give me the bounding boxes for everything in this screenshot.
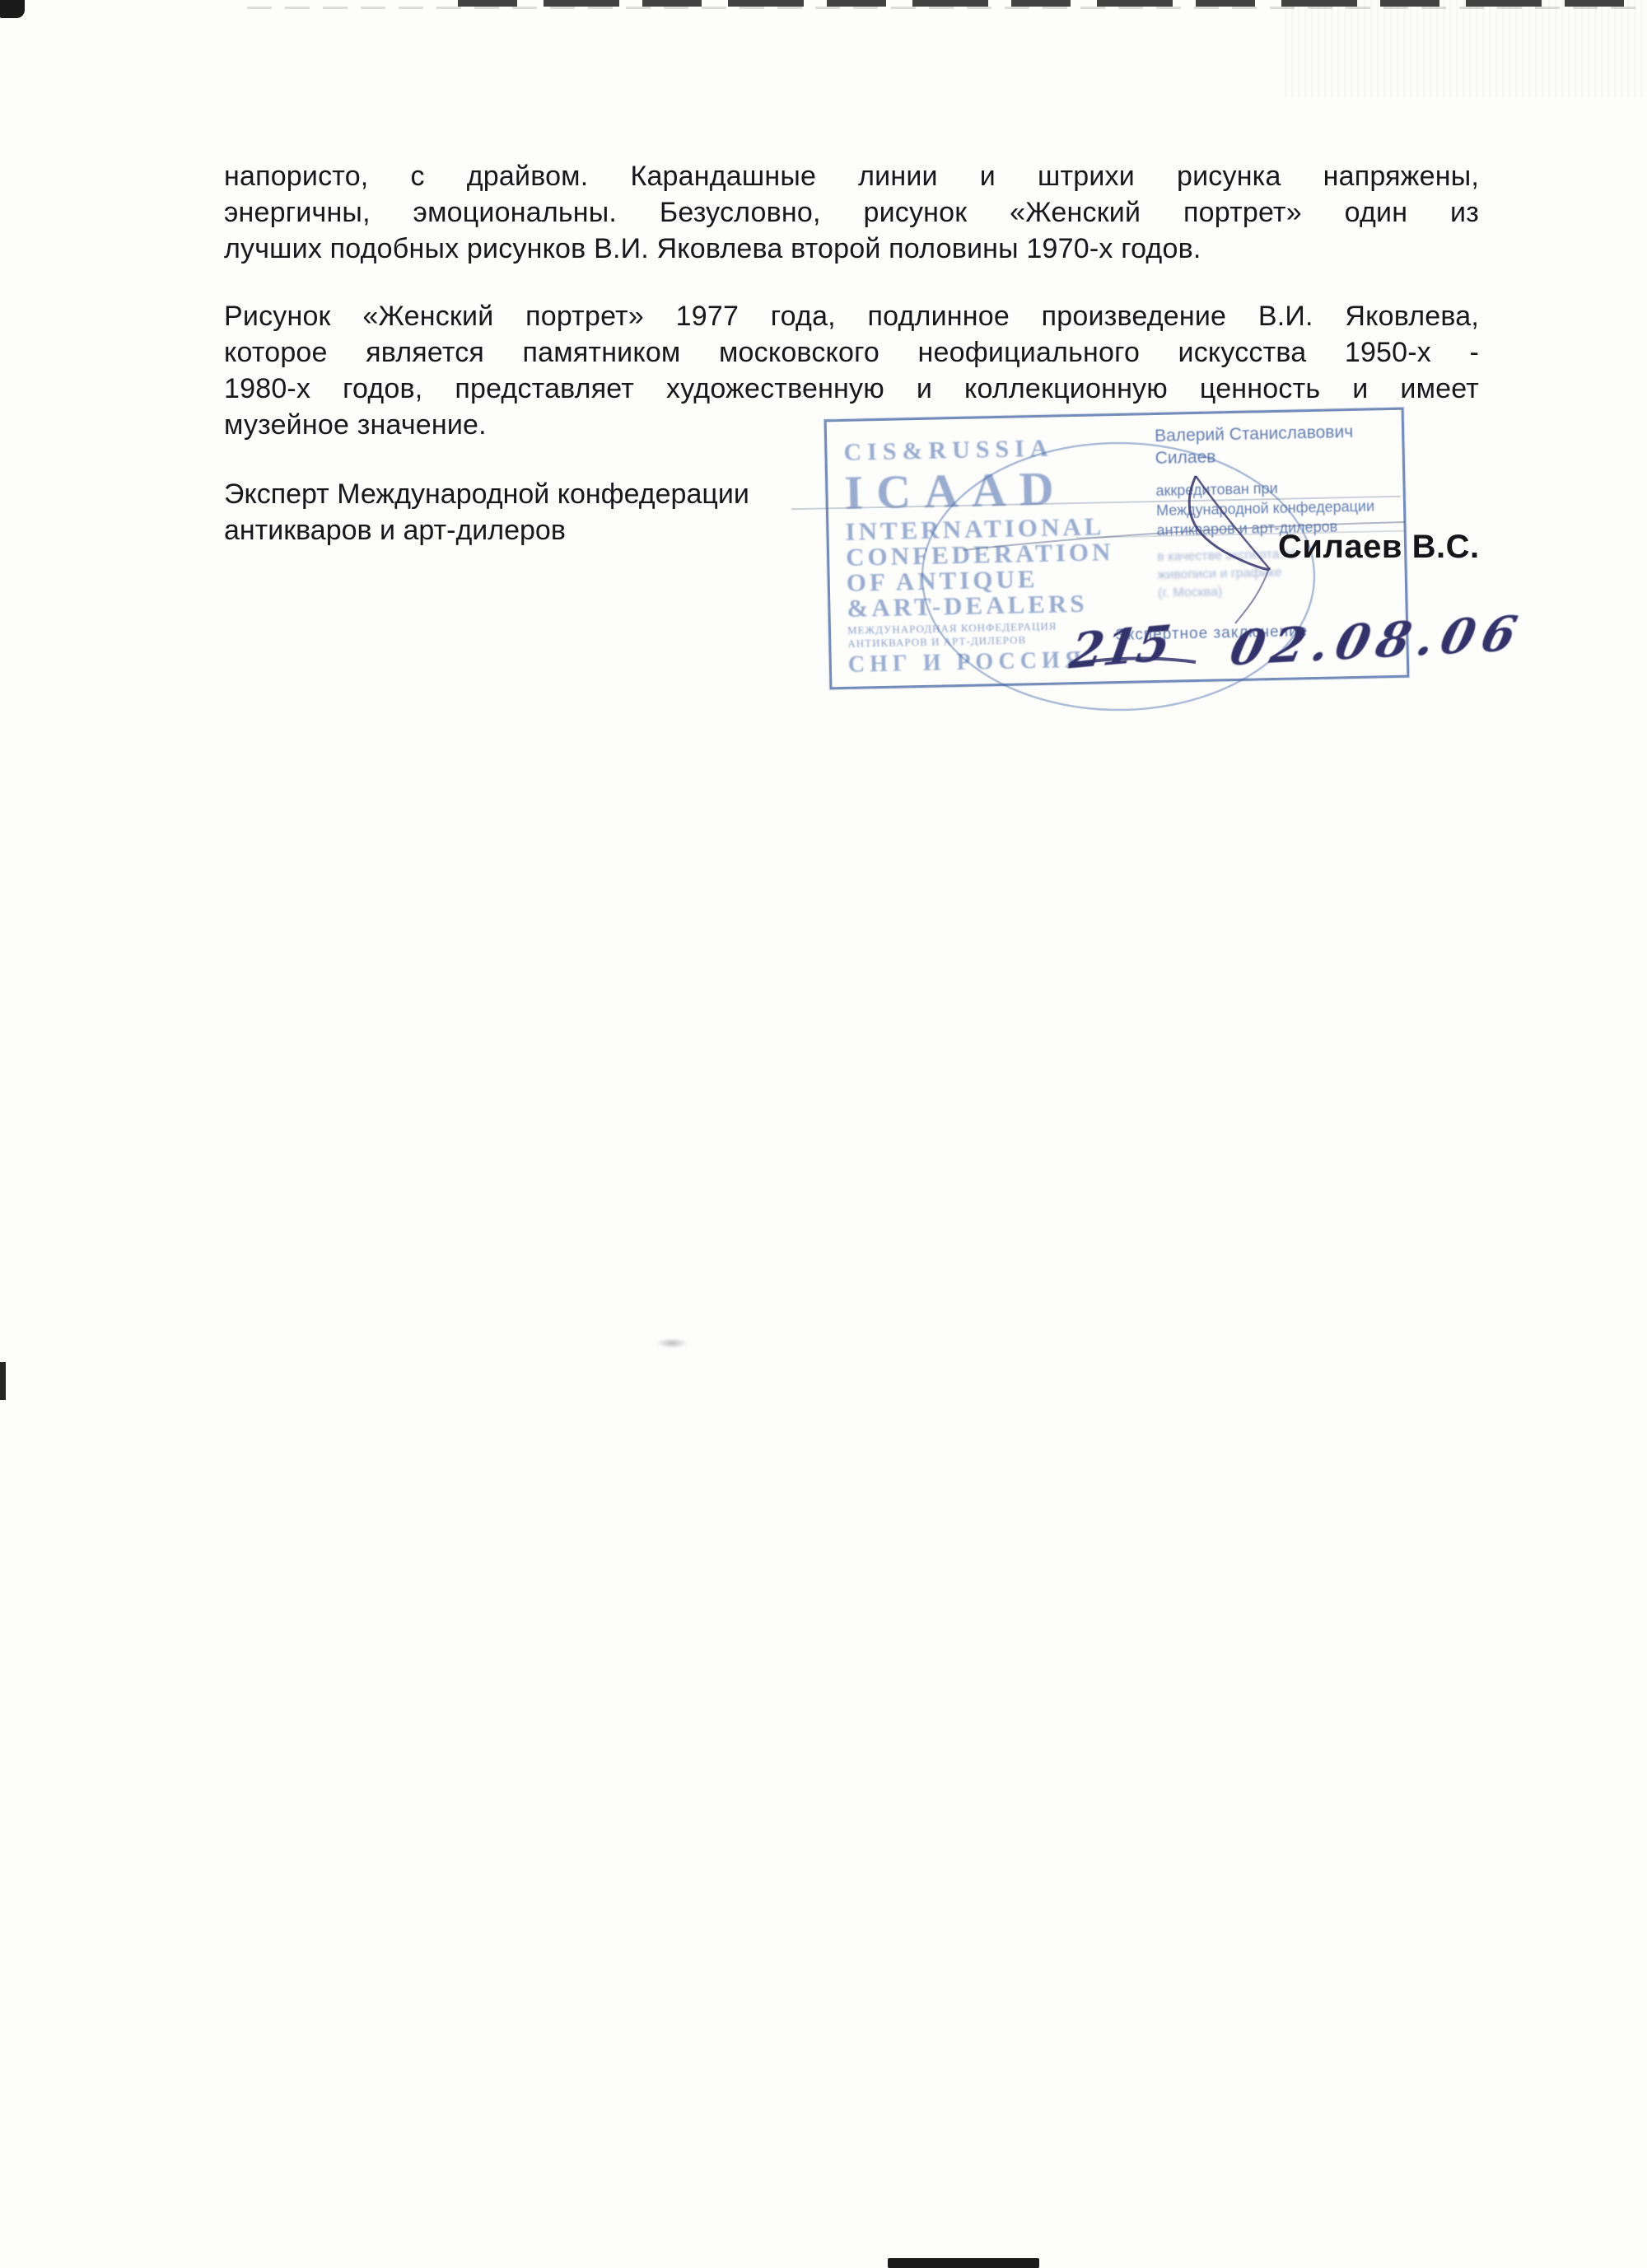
paragraph-1: напористо, с драйвом. Карандашные линии … [224,158,1479,267]
document-page: напористо, с драйвом. Карандашные линии … [0,0,1647,2268]
stamp-left-line: ICAAD [844,461,1145,519]
handwritten-number: 215 [1066,614,1175,680]
scan-artifact-smudge [649,1336,695,1351]
expert-name: Силаев В.С. [1278,529,1480,566]
paragraph-1-line: лучших подобных рисунков В.И. Яковлева в… [224,231,1479,267]
scan-artifact-corner [0,0,25,18]
scan-artifact-topright-noise [1285,0,1647,97]
scan-artifact-bottom-bar [888,2258,1039,2268]
expert-title-line2: антикваров и арт-дилеров [224,512,866,548]
expert-title: Эксперт Международной конфедерации антик… [224,476,866,548]
paragraph-2-line: которое является памятником московского … [224,334,1479,371]
paragraph-1-line: напористо, с драйвом. Карандашные линии … [224,158,1479,194]
paragraph-1-line: энергичны, эмоциональны. Безусловно, рис… [224,194,1479,231]
stamp-left-line: &ART-DEALERS [847,589,1148,621]
scan-artifact-left-edge [0,1362,6,1400]
paragraph-2-line: Рисунок «Женский портрет» 1977 года, под… [224,298,1479,334]
stamp-right-column: Валерий Станиславович Силаев аккредитова… [1155,420,1397,603]
paragraph-2-line: 1980-х годов, представляет художественну… [224,371,1479,407]
stamp-expert-name-line: Силаев [1155,442,1394,469]
stamp-blurred-line: (г. Москва) [1158,580,1397,603]
expert-title-line1: Эксперт Международной конфедерации [224,476,866,512]
